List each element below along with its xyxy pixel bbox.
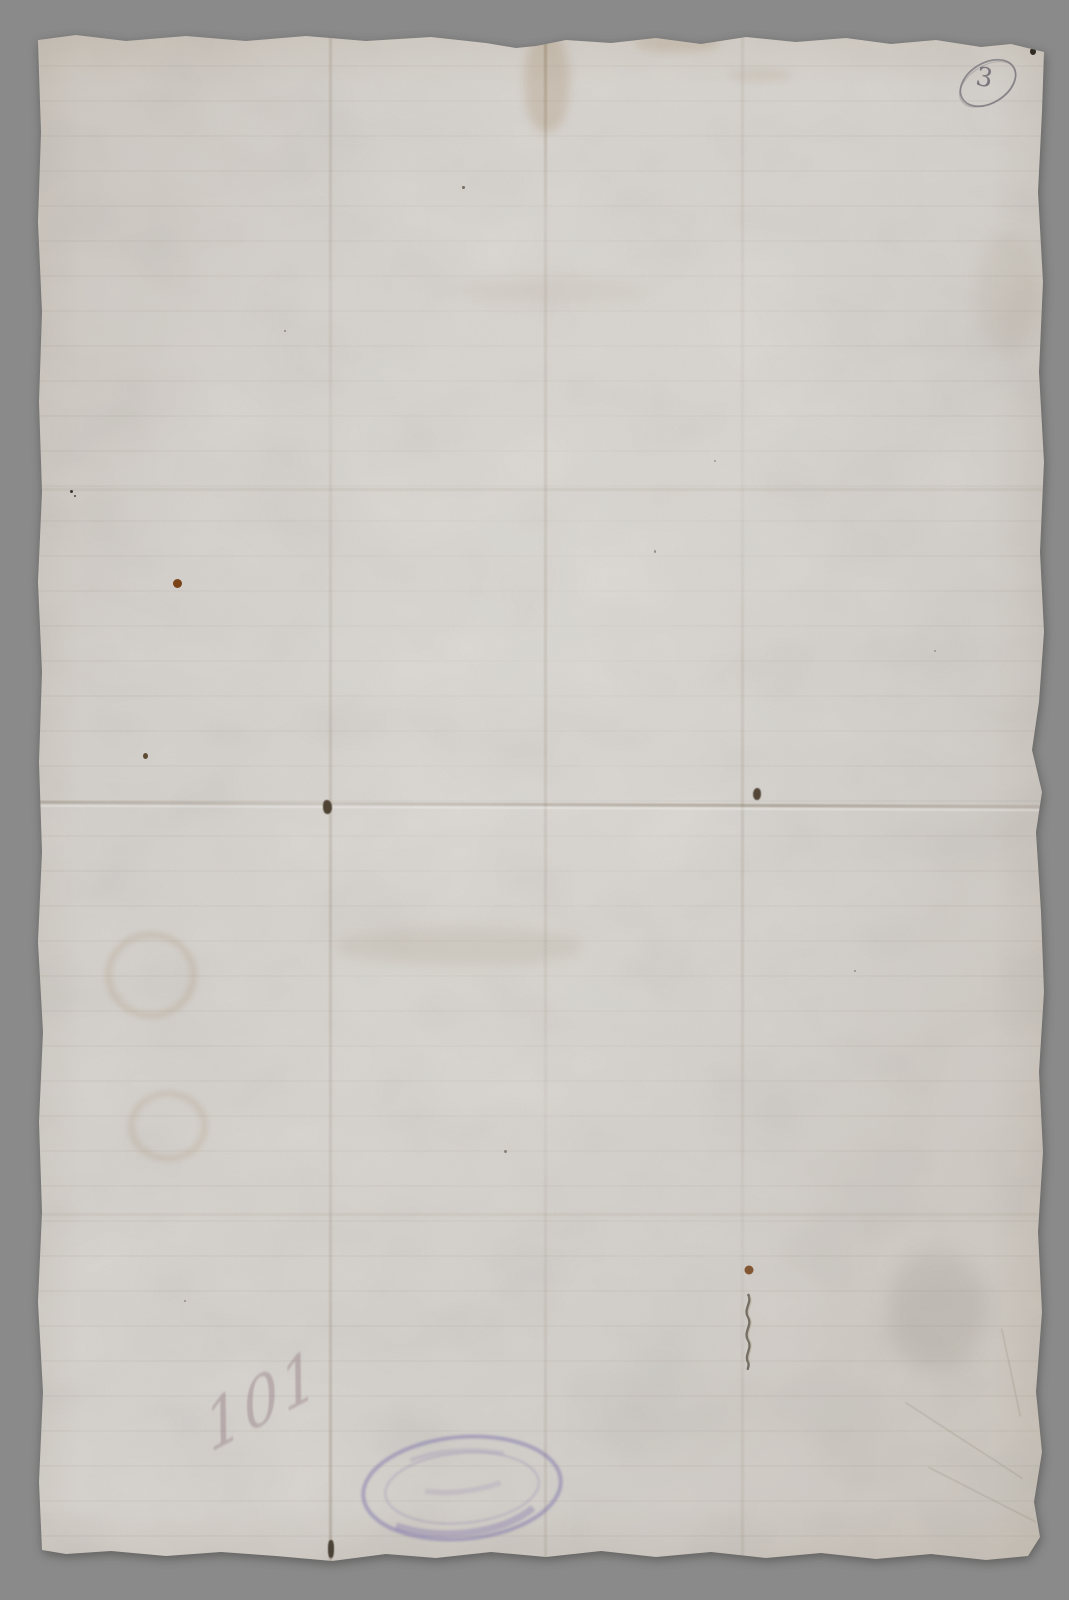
faint-crease-upper <box>36 488 1046 491</box>
vertical-fold-line-left <box>329 32 332 1564</box>
page-number-annotation: 3 <box>952 50 1024 116</box>
edge-speck <box>1030 48 1036 55</box>
tiny-speck <box>654 550 656 553</box>
ghost-seal-ring <box>90 917 212 1033</box>
top-edge-dirt <box>636 34 720 52</box>
corner-wrinkle <box>905 1402 1023 1479</box>
tiny-speck <box>854 970 856 972</box>
top-fold-smudge <box>525 32 569 132</box>
ink-spot <box>143 753 148 759</box>
ink-stamp <box>355 1426 570 1551</box>
horizontal-fold-line <box>36 801 1046 808</box>
tiny-speck <box>462 186 465 189</box>
manuscript-page: 3 101 <box>36 32 1046 1564</box>
tiny-speck <box>74 495 76 497</box>
scan-background: { "scan": { "description": "blank verso … <box>0 0 1069 1600</box>
ink-spot-on-fold <box>753 788 761 800</box>
corner-wrinkle <box>928 1467 1035 1522</box>
corner-wrinkle <box>1001 1328 1021 1416</box>
faint-blotch <box>888 1252 984 1370</box>
paper-texture <box>36 32 1046 1564</box>
ink-inscription: 101 <box>199 1327 348 1538</box>
show-through-writing <box>336 928 581 964</box>
horizontal-fold-highlight <box>36 805 1046 811</box>
oval-stamp-icon <box>355 1426 570 1551</box>
ink-spot <box>173 579 182 588</box>
tiny-speck <box>70 490 73 493</box>
tiny-speck <box>184 1300 186 1302</box>
tiny-speck <box>714 460 716 462</box>
thread-squiggle-icon <box>738 1260 762 1370</box>
faint-crease-lower <box>36 1213 1046 1216</box>
tiny-speck <box>284 330 286 332</box>
top-edge-dirt <box>730 68 790 82</box>
paper-sheet: 3 101 <box>36 32 1046 1564</box>
tiny-speck <box>934 650 936 652</box>
show-through-writing <box>466 280 646 302</box>
ghost-seal-ring <box>114 1078 222 1174</box>
thread-mark <box>738 1260 762 1370</box>
bottom-edge-mark <box>328 1540 334 1558</box>
ink-spot-on-fold <box>323 800 332 814</box>
faint-blotch <box>978 232 1038 352</box>
vertical-fold-line-center <box>544 32 547 1564</box>
tiny-speck <box>504 1150 507 1153</box>
